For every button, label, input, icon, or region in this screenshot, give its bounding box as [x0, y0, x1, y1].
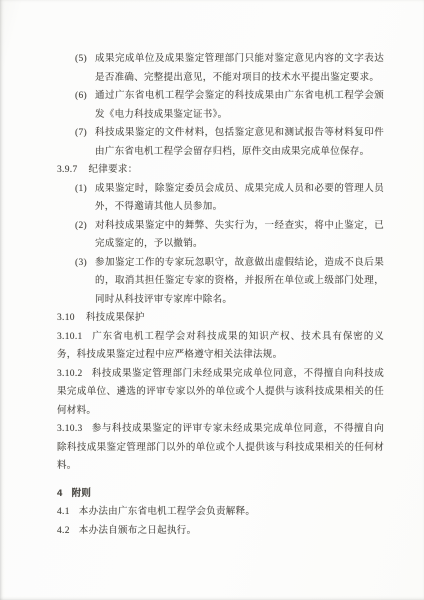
paragraph-number: 3.10.2 — [57, 369, 83, 379]
paragraph-number: 4.2 — [57, 526, 70, 536]
paragraph-4-2: 4.2本办法自颁布之日起执行。 — [57, 522, 384, 541]
clause-text: 科技成果鉴定的文件材料，包括鉴定意见和测试报告等材料复印件由广东省电机工程学会留… — [95, 128, 384, 157]
clause-number: (2) — [75, 217, 87, 236]
clause-text: 成果鉴定时，除鉴定委员会成员、成果完成人员和必要的管理人员外，不得邀请其他人员参… — [95, 184, 384, 213]
paragraph-4-1: 4.1本办法由广东省电机工程学会负责解释。 — [57, 503, 384, 522]
paragraph-text: 科技成果鉴定管理部门未经成果完成单位同意，不得擅自向科技成果完成单位、遴选的评审… — [57, 369, 384, 416]
section-heading-4: 4附则 — [57, 485, 384, 504]
clause-text: 通过广东省电机工程学会鉴定的科技成果由广东省电机工程学会颁发《电力科技成果鉴定证… — [95, 91, 384, 120]
section-title: 科技成果保护 — [86, 313, 145, 323]
clause-text: 参加鉴定工作的专家玩忽职守，故意做出虚假结论，造成不良后果的，取消其担任鉴定专家… — [95, 258, 384, 305]
paragraph-3-10-2: 3.10.2科技成果鉴定管理部门未经成果完成单位同意，不得擅自向科技成果完成单位… — [57, 365, 384, 421]
paragraph-number: 3.10.1 — [57, 332, 83, 342]
clause-number: (6) — [75, 87, 87, 106]
paragraph-number: 3.10.3 — [57, 424, 83, 434]
paragraph-3-10-1: 3.10.1广东省电机工程学会对科技成果的知识产权、技术具有保密的义务，科技成果… — [57, 328, 384, 365]
clause-number: (7) — [75, 124, 87, 143]
discipline-item-1: (1) 成果鉴定时，除鉴定委员会成员、成果完成人员和必要的管理人员外，不得邀请其… — [57, 180, 384, 217]
clause-number: (1) — [75, 180, 87, 199]
scanned-document-page: (5) 成果完成单位及成果鉴定管理部门只能对鉴定意见内容的文字表达是否准确、完整… — [0, 0, 424, 600]
clause-number: (3) — [75, 254, 87, 273]
document-content: (5) 成果完成单位及成果鉴定管理部门只能对鉴定意见内容的文字表达是否准确、完整… — [57, 50, 384, 540]
clause-item-5: (5) 成果完成单位及成果鉴定管理部门只能对鉴定意见内容的文字表达是否准确、完整… — [57, 50, 384, 87]
clause-text: 对科技成果鉴定中的舞弊、失实行为，一经查实，将中止鉴定，已完成鉴定的，予以撤销。 — [95, 221, 384, 250]
paragraph-text: 本办法由广东省电机工程学会负责解释。 — [79, 507, 255, 517]
section-number: 4 — [57, 488, 63, 499]
clause-number: (5) — [75, 50, 87, 69]
section-title: 纪律要求： — [89, 165, 138, 175]
clause-item-7: (7) 科技成果鉴定的文件材料，包括鉴定意见和测试报告等材料复印件由广东省电机工… — [57, 124, 384, 161]
paragraph-text: 本办法自颁布之日起执行。 — [79, 526, 197, 536]
section-heading-3-10: 3.10科技成果保护 — [57, 309, 384, 328]
discipline-item-2: (2) 对科技成果鉴定中的舞弊、失实行为，一经查实，将中止鉴定，已完成鉴定的，予… — [57, 217, 384, 254]
section-number: 3.9.7 — [57, 165, 78, 175]
section-number: 3.10 — [57, 313, 75, 323]
clause-item-6: (6) 通过广东省电机工程学会鉴定的科技成果由广东省电机工程学会颁发《电力科技成… — [57, 87, 384, 124]
discipline-item-3: (3) 参加鉴定工作的专家玩忽职守，故意做出虚假结论，造成不良后果的，取消其担任… — [57, 254, 384, 310]
section-heading-3-9-7: 3.9.7纪律要求： — [57, 161, 384, 180]
paragraph-number: 4.1 — [57, 507, 70, 517]
paragraph-3-10-3: 3.10.3参与科技成果鉴定的评审专家未经成果完成单位同意，不得擅自向除科技成果… — [57, 420, 384, 476]
section-title: 附则 — [72, 488, 92, 499]
paragraph-text: 广东省电机工程学会对科技成果的知识产权、技术具有保密的义务，科技成果鉴定过程中应… — [57, 332, 384, 361]
paragraph-text: 参与科技成果鉴定的评审专家未经成果完成单位同意，不得擅自向除科技成果鉴定管理部门… — [57, 424, 384, 471]
clause-text: 成果完成单位及成果鉴定管理部门只能对鉴定意见内容的文字表达是否准确、完整提出意见… — [95, 54, 384, 83]
